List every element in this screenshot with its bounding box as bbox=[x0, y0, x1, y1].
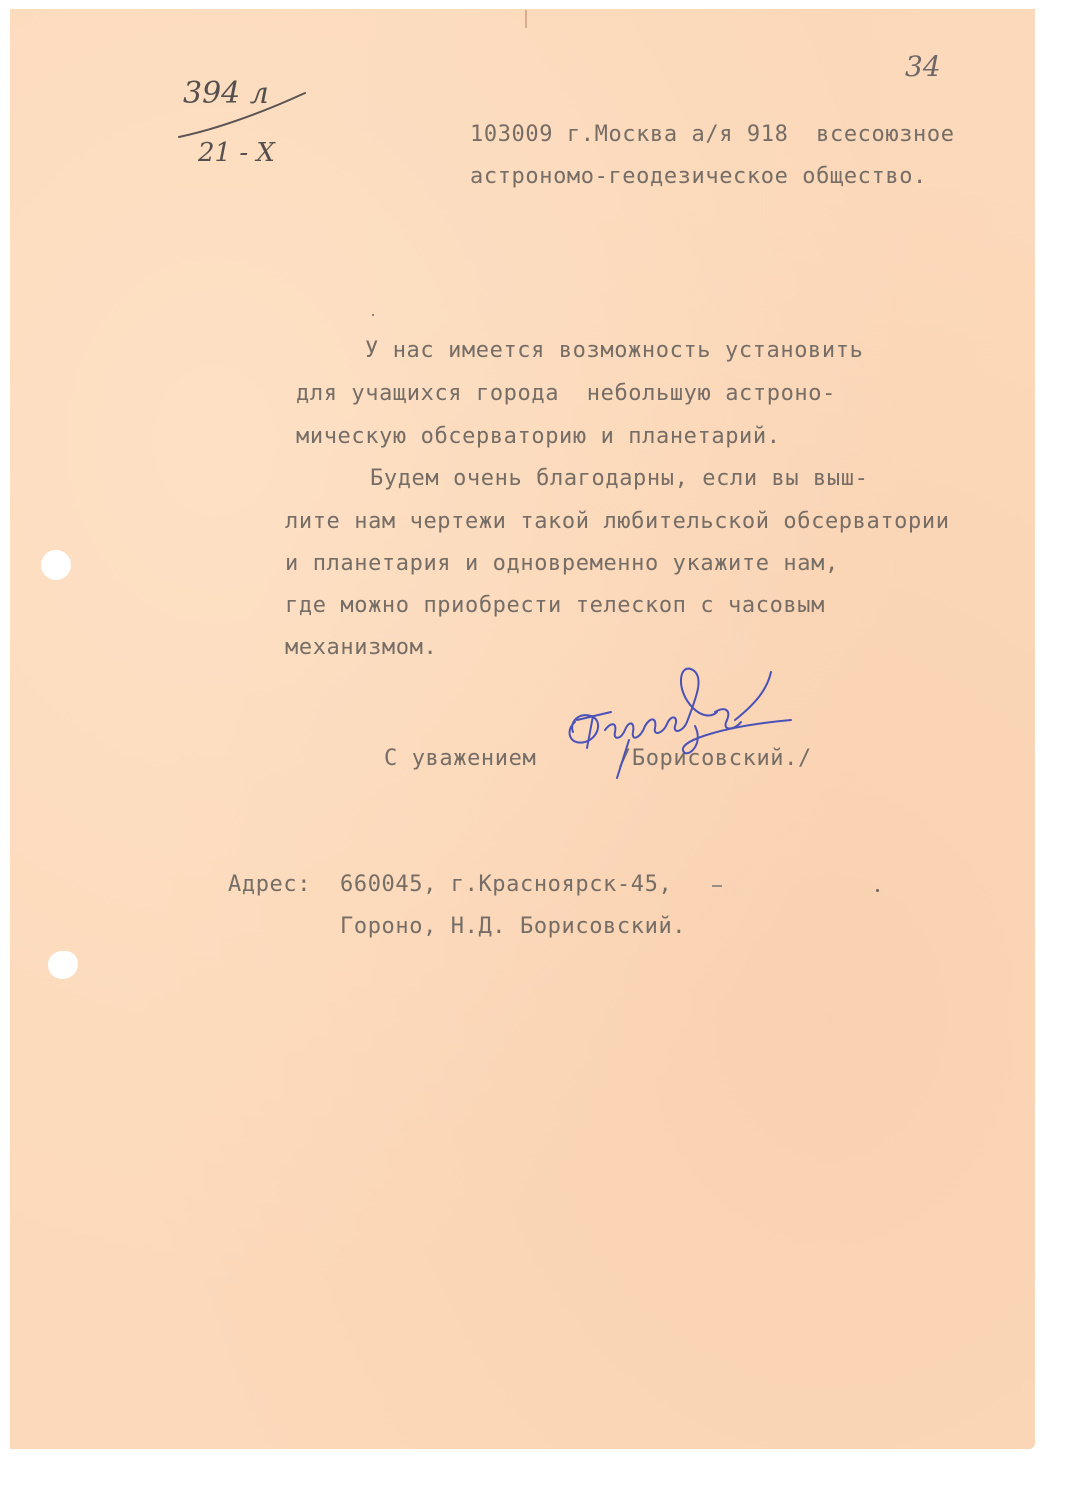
body-p2-line-1: Будем очень благодарны, если вы выш- bbox=[370, 468, 868, 490]
registration-fraction-line bbox=[175, 85, 315, 145]
address-label: Адрес: bbox=[228, 874, 311, 896]
registration-date: 21 - Х bbox=[198, 138, 275, 168]
stray-dot bbox=[372, 314, 374, 316]
address-dash-mark bbox=[712, 885, 722, 887]
body-p2-line-3: и планетария и одновременно укажите нам, bbox=[285, 553, 839, 575]
closing-salutation: С уважением bbox=[384, 748, 536, 770]
body-p2-line-4: где можно приобрести телескоп с часовым bbox=[285, 595, 825, 617]
body-p2-line-2: лите нам чертежи такой любительской обсе… bbox=[285, 511, 950, 533]
address-line-2: Гороно, Н.Д. Борисовский. bbox=[340, 916, 686, 938]
letter-page bbox=[10, 9, 1035, 1449]
body-p1-line-3: мическую обсерваторию и планетарий. bbox=[296, 426, 781, 448]
body-p2-line-5: механизмом. bbox=[285, 637, 437, 659]
punch-hole-upper bbox=[41, 550, 71, 580]
recipient-line-1: 103009 г.Москва а/я 918 всесоюзное bbox=[470, 124, 955, 146]
address-line-1: 660045, г.Красноярск-45, bbox=[340, 874, 672, 896]
top-edge-mark bbox=[525, 10, 527, 28]
handwritten-signature bbox=[555, 660, 815, 780]
recipient-line-2: астрономо-геодезическое общество. bbox=[470, 166, 927, 188]
page-number: 34 bbox=[905, 50, 941, 83]
stray-dot-right bbox=[876, 889, 879, 892]
body-p1-line-1: У нас имеется возможность установить bbox=[365, 340, 863, 362]
body-p1-line-2: для учащихся города небольшую астроно- bbox=[296, 383, 836, 405]
